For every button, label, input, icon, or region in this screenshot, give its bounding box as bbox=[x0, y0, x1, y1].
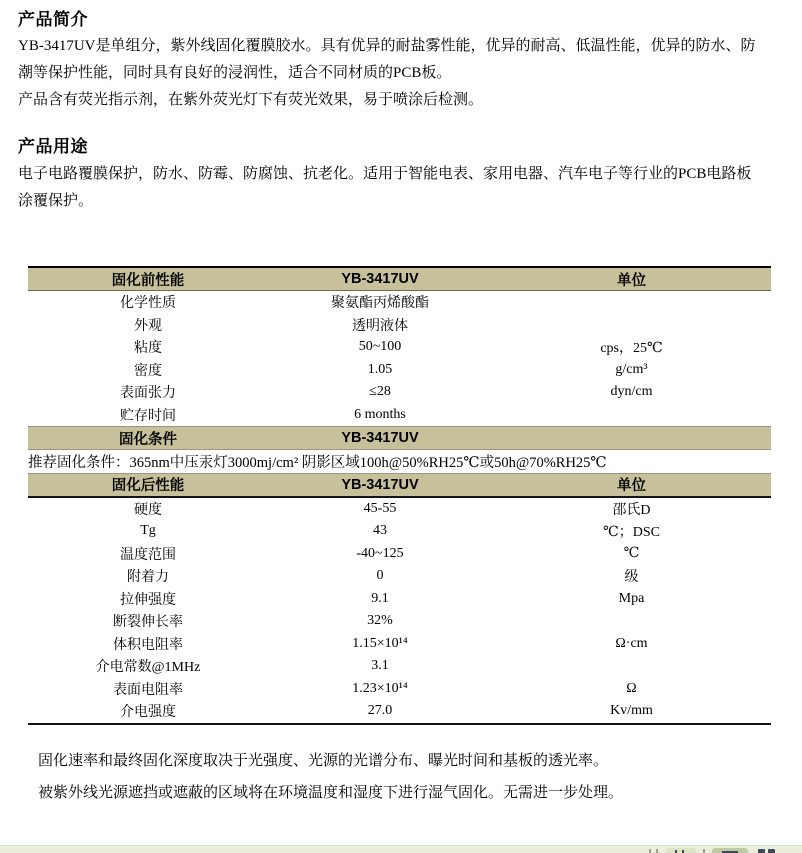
footnotes: 固化速率和最终固化深度取决于光强度、光源的光谱分布、曝光时间和基板的透光率。 被… bbox=[38, 745, 623, 809]
caret-tick-icon bbox=[656, 849, 658, 853]
table-row: 介电强度 27.0 Kv/mm bbox=[28, 700, 771, 723]
window-layout-icon[interactable] bbox=[758, 849, 765, 853]
unit-cell: cps，25℃ bbox=[492, 337, 771, 357]
table-row: 附着力 0 级 bbox=[28, 565, 771, 588]
cure-condition-note: 推荐固化条件：365nm中压汞灯3000mj/cm² 阴影区域100h@50%R… bbox=[28, 450, 771, 473]
unit-cell: Kv/mm bbox=[492, 703, 771, 719]
table-row: 外观 透明液体 bbox=[28, 314, 771, 337]
property-cell: 粘度 bbox=[28, 337, 268, 357]
page-fit-button-icon[interactable] bbox=[666, 848, 696, 853]
text-line: 产品含有荧光指示剂，在紫外荧光灯下有荧光效果，易于喷涂后检测。 bbox=[18, 87, 756, 114]
unit-cell: 邵氏D bbox=[492, 499, 771, 519]
caret-tick-icon bbox=[649, 849, 651, 853]
table-row: 拉伸强度 9.1 Mpa bbox=[28, 588, 771, 611]
text-line: 电子电路覆膜保护，防水、防霉、防腐蚀、抗老化。适用于智能电表、家用电器、汽车电子… bbox=[18, 161, 751, 188]
table-row: 密度 1.05 g/cm³ bbox=[28, 359, 771, 382]
header-property: 固化条件 bbox=[28, 428, 268, 449]
caret-tick-icon bbox=[703, 849, 705, 853]
text-line: YB-3417UV是单组分，紫外线固化覆膜胶水。具有优异的耐盐雾性能，优异的耐高… bbox=[18, 33, 756, 60]
value-cell: 透明液体 bbox=[268, 315, 492, 335]
header-property: 固化前性能 bbox=[28, 269, 268, 290]
table-header-precure: 固化前性能 YB-3417UV 单位 bbox=[28, 268, 771, 291]
section-heading-usage: 产品用途 bbox=[18, 132, 88, 157]
unit-cell: g/cm³ bbox=[492, 362, 771, 378]
view-mode-button-icon[interactable] bbox=[712, 848, 748, 853]
intro-paragraph: YB-3417UV是单组分，紫外线固化覆膜胶水。具有优异的耐盐雾性能，优异的耐高… bbox=[18, 33, 756, 114]
property-cell: 表面张力 bbox=[28, 382, 268, 402]
table-row: Tg 43 ℃；DSC bbox=[28, 520, 771, 543]
value-cell: ≤28 bbox=[268, 384, 492, 400]
section-heading-intro: 产品简介 bbox=[18, 5, 88, 30]
property-cell: 拉伸强度 bbox=[28, 589, 268, 609]
header-unit: 单位 bbox=[492, 474, 771, 495]
header-property: 固化后性能 bbox=[28, 474, 268, 495]
header-product: YB-3417UV bbox=[268, 477, 492, 493]
spec-table: 固化前性能 YB-3417UV 单位 化学性质 聚氨酯丙烯酸酯 外观 透明液体 … bbox=[28, 266, 771, 725]
property-cell: 温度范围 bbox=[28, 544, 268, 564]
property-cell: 附着力 bbox=[28, 566, 268, 586]
value-cell: 9.1 bbox=[268, 591, 492, 607]
value-cell: 50~100 bbox=[268, 339, 492, 355]
statusbar bbox=[0, 845, 802, 853]
property-cell: 外观 bbox=[28, 315, 268, 335]
table-row: 介电常数@1MHz 3.1 bbox=[28, 655, 771, 678]
header-unit: 单位 bbox=[492, 269, 771, 290]
property-cell: 表面电阻率 bbox=[28, 679, 268, 699]
value-cell: 1.05 bbox=[268, 362, 492, 378]
table-header-cure-condition: 固化条件 YB-3417UV bbox=[28, 426, 771, 450]
value-cell: -40~125 bbox=[268, 546, 492, 562]
property-cell: Tg bbox=[28, 523, 268, 539]
property-cell: 介电强度 bbox=[28, 701, 268, 721]
unit-cell: 级 bbox=[492, 566, 771, 586]
value-cell: 27.0 bbox=[268, 703, 492, 719]
property-cell: 硬度 bbox=[28, 499, 268, 519]
property-cell: 断裂伸长率 bbox=[28, 611, 268, 631]
value-cell: 1.15×10¹⁴ bbox=[268, 636, 492, 652]
property-cell: 体积电阻率 bbox=[28, 634, 268, 654]
table-row: 粘度 50~100 cps，25℃ bbox=[28, 336, 771, 359]
property-cell: 密度 bbox=[28, 360, 268, 380]
value-cell: 32% bbox=[268, 613, 492, 629]
property-cell: 化学性质 bbox=[28, 292, 268, 312]
table-row: 温度范围 -40~125 ℃ bbox=[28, 543, 771, 566]
unit-cell: Mpa bbox=[492, 591, 771, 607]
text-line: 固化速率和最终固化深度取决于光强度、光源的光谱分布、曝光时间和基板的透光率。 bbox=[38, 745, 623, 777]
table-header-postcure: 固化后性能 YB-3417UV 单位 bbox=[28, 473, 771, 498]
value-cell: 聚氨酯丙烯酸酯 bbox=[268, 292, 492, 312]
value-cell: 45-55 bbox=[268, 501, 492, 517]
unit-cell: ℃；DSC bbox=[492, 521, 771, 541]
text-line: 被紫外线光源遮挡或遮蔽的区域将在环境温度和湿度下进行湿气固化。无需进一步处理。 bbox=[38, 777, 623, 809]
table-row: 断裂伸长率 32% bbox=[28, 610, 771, 633]
text-line: 潮等保护性能，同时具有良好的浸润性，适合不同材质的PCB板。 bbox=[18, 60, 756, 87]
value-cell: 43 bbox=[268, 523, 492, 539]
value-cell: 1.23×10¹⁴ bbox=[268, 681, 492, 697]
unit-cell: Ω·cm bbox=[492, 636, 771, 652]
value-cell: 3.1 bbox=[268, 658, 492, 674]
table-row: 表面电阻率 1.23×10¹⁴ Ω bbox=[28, 678, 771, 701]
property-cell: 介电常数@1MHz bbox=[28, 656, 268, 676]
header-product: YB-3417UV bbox=[268, 271, 492, 287]
unit-cell: dyn/cm bbox=[492, 384, 771, 400]
table-row: 硬度 45-55 邵氏D bbox=[28, 498, 771, 521]
property-cell: 贮存时间 bbox=[28, 405, 268, 425]
unit-cell: ℃ bbox=[492, 545, 771, 562]
unit-cell: Ω bbox=[492, 681, 771, 697]
table-row: 表面张力 ≤28 dyn/cm bbox=[28, 381, 771, 404]
value-cell: 6 months bbox=[268, 407, 492, 423]
table-row: 体积电阻率 1.15×10¹⁴ Ω·cm bbox=[28, 633, 771, 656]
window-layout-icon[interactable] bbox=[768, 849, 775, 853]
header-product: YB-3417UV bbox=[268, 430, 492, 446]
table-row: 化学性质 聚氨酯丙烯酸酯 bbox=[28, 291, 771, 314]
value-cell: 0 bbox=[268, 568, 492, 584]
table-row: 贮存时间 6 months bbox=[28, 404, 771, 427]
text-line: 涂覆保护。 bbox=[18, 188, 751, 215]
usage-paragraph: 电子电路覆膜保护，防水、防霉、防腐蚀、抗老化。适用于智能电表、家用电器、汽车电子… bbox=[18, 161, 751, 215]
